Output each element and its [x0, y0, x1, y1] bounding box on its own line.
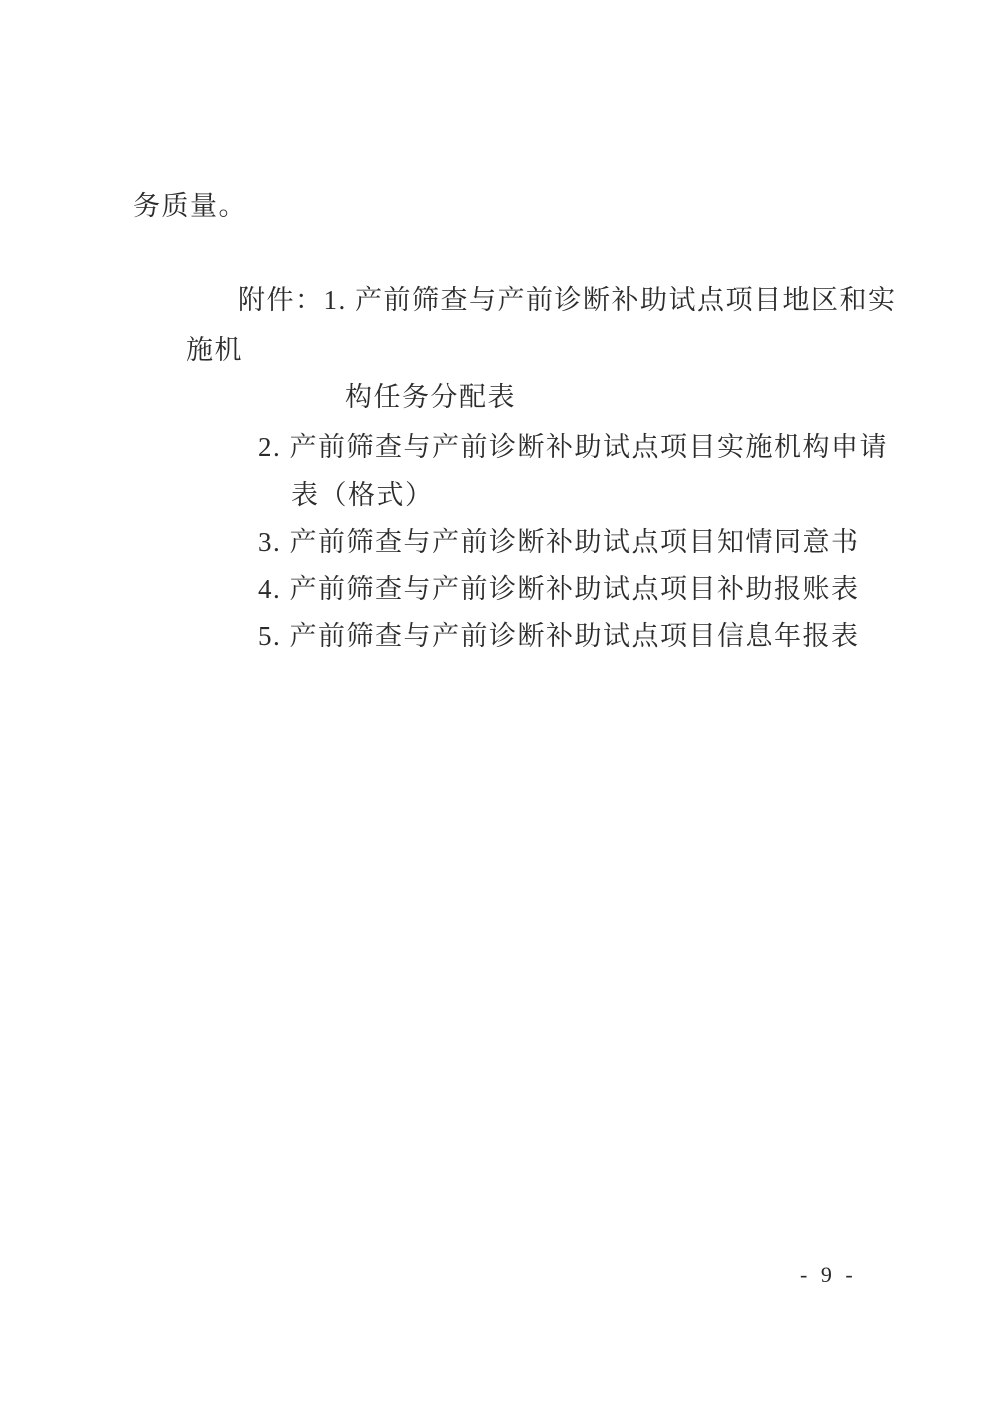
- attachment-item-2-line-2: 表（格式）: [291, 479, 434, 511]
- attachment-item-5: 5. 产前筛查与产前诊断补助试点项目信息年报表: [258, 620, 860, 652]
- document-page: 务质量。 附件：1. 产前筛查与产前诊断补助试点项目地区和实 施机 构任务分配表…: [0, 0, 1000, 1414]
- paragraph-tail-text: 务质量。: [133, 190, 247, 222]
- attachment-item-4: 4. 产前筛查与产前诊断补助试点项目补助报账表: [258, 573, 860, 605]
- attachment-1-continuation-line-1: 施机: [186, 334, 243, 366]
- page-number: - 9 -: [800, 1262, 857, 1288]
- attachments-heading-line: 附件：1. 产前筛查与产前诊断补助试点项目地区和实: [238, 284, 897, 316]
- attachment-item-3: 3. 产前筛查与产前诊断补助试点项目知情同意书: [258, 526, 860, 558]
- attachment-1-continuation-line-2: 构任务分配表: [345, 381, 516, 413]
- attachment-item-2-line-1: 2. 产前筛查与产前诊断补助试点项目实施机构申请: [258, 431, 888, 463]
